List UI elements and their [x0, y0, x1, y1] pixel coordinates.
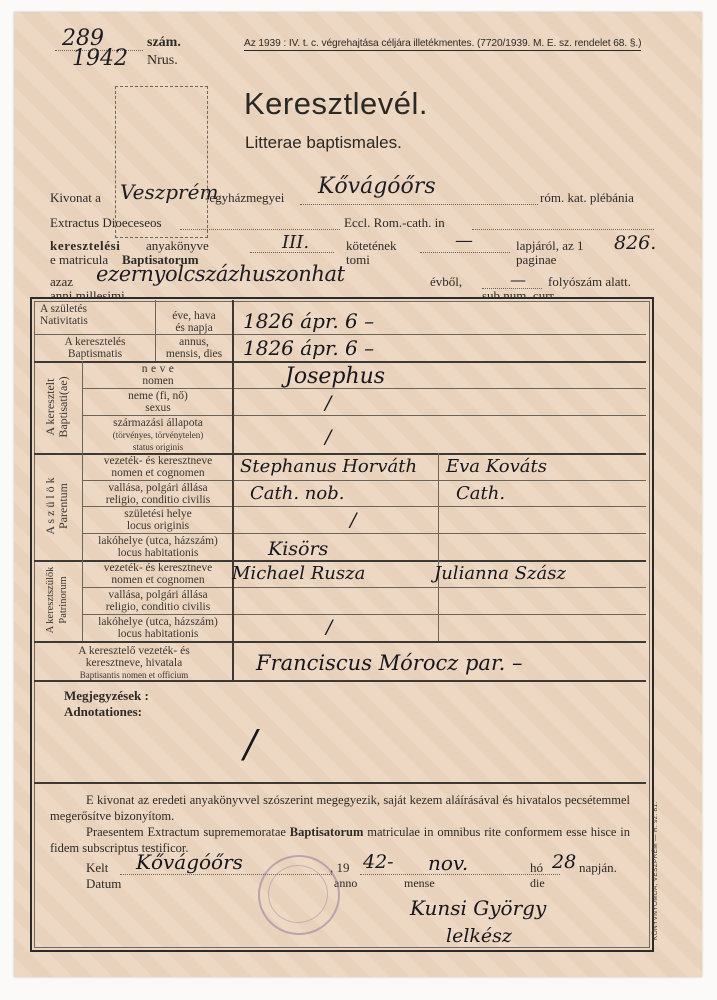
father-religion-value: Cath. nob. [250, 483, 344, 504]
notes-label-hu: Megjegyzések : [64, 688, 149, 704]
la-text-bold: Baptisatorum [290, 825, 364, 839]
label-line: és napja [156, 322, 232, 334]
parish-dotted-line [300, 204, 538, 205]
notes-value: / [244, 722, 257, 766]
parish-value: Kővágóőrs [318, 174, 436, 199]
issue-day-value: 28 [552, 851, 576, 873]
row-divider [34, 641, 646, 643]
baptiser-label: A keresztelő vezeték- és keresztneve, hi… [36, 645, 232, 681]
birth-date-value: 1826 ápr. 6 – [243, 309, 374, 333]
label-line: keresztneve, hivatala [36, 657, 232, 669]
label-line: status originis [84, 441, 232, 453]
row-divider [82, 614, 646, 615]
volume-value: III. [282, 232, 309, 253]
label-line: locus originis [84, 520, 232, 532]
tomi-label: tomi [346, 252, 370, 268]
szam-label: szám. [147, 35, 181, 51]
serial-value: — [510, 270, 526, 289]
label-line: religio, conditio civilis [84, 494, 232, 506]
baptiser-value: Franciscus Mórocz par. – [256, 651, 523, 675]
baptisati-group-label: A keresztelt Baptisati(ae) [44, 353, 72, 461]
sexus-label: neme (fi, nő) sexus [84, 390, 232, 414]
row-divider [82, 480, 646, 481]
label-line: sexus [84, 402, 232, 414]
label-line: vallása, polgári állása [84, 482, 232, 494]
printer-mark: KÖNYVNYOMDA, VESZPRÉM — R. sz. 81. [652, 802, 659, 940]
register-year: 1942 [72, 46, 128, 71]
column-divider [232, 300, 234, 681]
label-line: Parentum [57, 452, 70, 560]
datum-label: Datum [86, 876, 121, 892]
folyoszam-label: folyószám alatt. [548, 274, 631, 290]
extractus-dotted-line [180, 229, 340, 230]
label-line: vezeték- és keresztneve [84, 455, 232, 467]
label-line: lakóhelye (utca, házszám) [84, 616, 232, 628]
mense-label: mense [404, 876, 435, 891]
status-originis-label: származási állapota (törvényes, törvényt… [84, 417, 232, 453]
parents-religion-label: vallása, polgári állása religio, conditi… [84, 482, 232, 506]
label-line: n e v e [84, 363, 232, 375]
column-divider [82, 361, 83, 641]
nativitatis-label: A születés Nativitatis [36, 303, 158, 327]
label-line: vallása, polgári állása [84, 589, 232, 601]
father-name-value: Stephanus Horváth [240, 456, 417, 477]
baptism-date-value: 1826 ápr. 6 – [243, 336, 374, 360]
label-line: A keresztszülők [44, 554, 57, 646]
issue-month-value: nov. [428, 851, 468, 875]
label-line: nomen [84, 375, 232, 387]
godparents-residence-label: lakóhelye (utca, házszám) locus habitati… [84, 616, 232, 640]
mother-name-value: Eva Kováts [446, 456, 547, 477]
godfather-name-value: Michael Rusza [232, 563, 365, 584]
mother-religion-value: Cath. [456, 483, 505, 504]
eccl-dotted-line [472, 229, 654, 230]
label-line: mensis, dies [156, 348, 232, 360]
label-line: Patrinorum [57, 554, 70, 646]
godparents-name-label: vezeték- és keresztneve nomen et cognome… [84, 562, 232, 586]
label-line: éve, hava [156, 310, 232, 322]
label-line: nomen et cognomen [84, 467, 232, 479]
row-divider [82, 506, 646, 507]
ho-label: hó [530, 860, 543, 876]
label-line: locus habitationis [84, 547, 232, 559]
die-label: die [530, 876, 545, 891]
patrinorum-group-label: A keresztszülők Patrinorum [44, 554, 72, 646]
issue-place-value: Kővágóőrs [136, 850, 243, 874]
godparents-residence-value: / [326, 616, 332, 638]
date-header-1: éve, hava és napja [156, 310, 232, 334]
document-subtitle: Litterae baptismales. [245, 133, 402, 153]
row-divider [82, 415, 646, 416]
parents-residence-label: lakóhelye (utca, házszám) locus habitati… [84, 535, 232, 559]
parents-origin-label: születési helye locus originis [84, 508, 232, 532]
label-line: neme (fi, nő) [84, 390, 232, 402]
row-divider [34, 334, 646, 335]
baptised-name-value: Josephus [285, 364, 385, 389]
egyhazmegyei-label: -egyházmegyei [205, 190, 284, 206]
year-in-words-value: ezernyolcszázhuszonhat [96, 262, 345, 286]
parents-origin-value: / [350, 509, 356, 531]
evbol-label: évből, [430, 274, 462, 290]
label-line: származási állapota [84, 417, 232, 429]
signature-name: Kunsi György [410, 896, 546, 920]
label-line: religio, conditio civilis [84, 601, 232, 613]
parish-seal-stamp [258, 855, 340, 935]
label-line: Nativitatis [40, 315, 158, 327]
page-value: — [455, 230, 473, 251]
label-line: születési helye [84, 508, 232, 520]
nomen-label: n e v e nomen [84, 363, 232, 387]
record-year-value: 826. [614, 232, 656, 254]
label-line: lakóhelye (utca, házszám) [84, 535, 232, 547]
row-divider [82, 533, 646, 534]
label-line: annus, [156, 336, 232, 348]
date-header-2: annus, mensis, dies [156, 336, 232, 360]
eccl-label: Eccl. Rom.-cath. in [344, 215, 445, 231]
label-line: nomen et cognomen [84, 574, 232, 586]
kivonat-label: Kivonat a [50, 190, 101, 206]
la-text-part: Praesentem Extractum suprememoratae [86, 825, 286, 839]
nrus-label: Nrus. [147, 53, 178, 69]
row-divider [34, 782, 646, 784]
parentum-group-label: A s z ü l ö k Parentum [44, 452, 72, 560]
kelt-label: Kelt [86, 860, 108, 876]
tax-exemption-notice: Az 1939 : IV. t. c. végrehajtása céljára… [244, 38, 641, 51]
label-line: Baptisantis nomen et officium [36, 669, 232, 681]
document-title: Keresztlevél. [244, 86, 428, 122]
status-originis-value: / [325, 426, 331, 448]
row-divider [82, 587, 646, 588]
parish-suffix: róm. kat. plébánia [540, 190, 634, 206]
parents-name-label: vezeték- és keresztneve nomen et cognome… [84, 455, 232, 479]
label-line: (törvényes, törvénytelen) [84, 429, 232, 441]
label-line: A keresztelő vezeték- és [36, 645, 232, 657]
godmother-name-value: Julianna Szász [434, 563, 566, 584]
page-dotted-line [420, 252, 510, 253]
notes-label-la: Adnotationes: [64, 704, 142, 720]
issue-year-value: 42- [363, 851, 394, 873]
godparents-religion-label: vallása, polgári állása religio, conditi… [84, 589, 232, 613]
signature-title: lelkész [446, 925, 512, 947]
label-line: A születés [40, 303, 158, 315]
parents-residence-value: Kisörs [268, 538, 328, 560]
certification-hu-text: E kivonat az eredeti anyakönyvvel szósze… [50, 792, 630, 824]
paginae-label: paginae [516, 252, 556, 268]
sex-value: / [325, 392, 331, 414]
label-line: Baptisati(ae) [57, 353, 70, 461]
label-line: vezeték- és keresztneve [84, 562, 232, 574]
diocese-value: Veszprém [120, 180, 218, 204]
napjan-label: napján. [579, 860, 617, 876]
column-divider [438, 453, 439, 641]
label-line: locus habitationis [84, 628, 232, 640]
extractus-label: Extractus Dioeceseos [50, 215, 162, 231]
label-line: A keresztelés [36, 336, 154, 348]
